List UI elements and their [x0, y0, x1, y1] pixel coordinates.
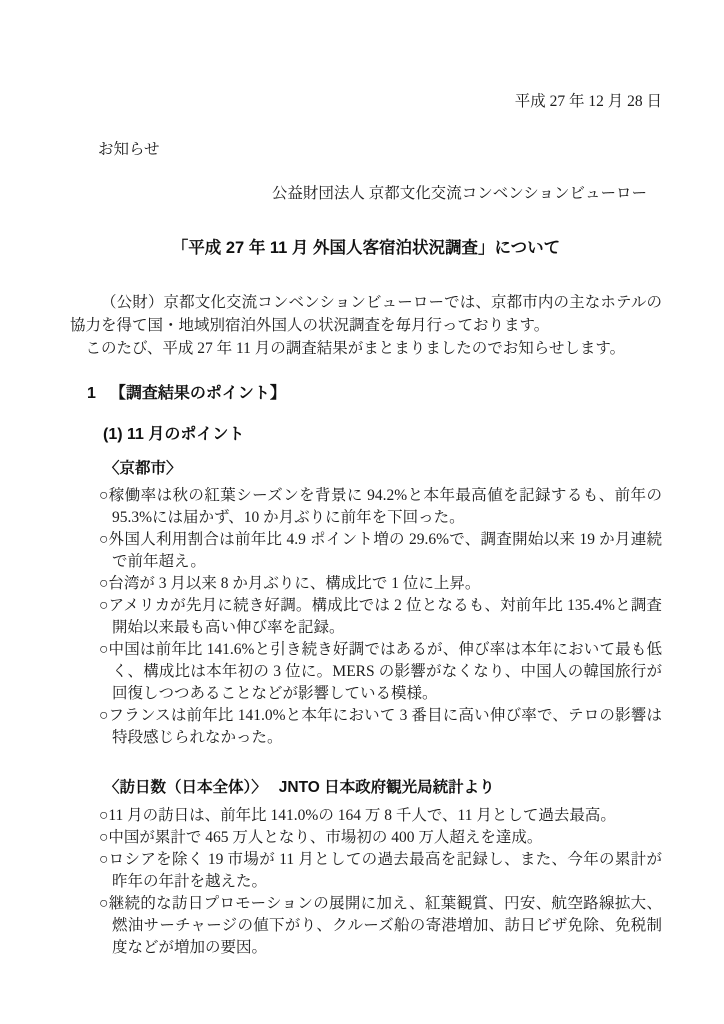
subsection-1-heading: (1) 11 月のポイント	[103, 423, 662, 447]
bullet-item: ○稼働率は秋の紅葉シーズンを背景に 94.2%と本年最高値を記録するも、前年の …	[99, 485, 662, 529]
bullet-item: ○継続的な訪日プロモーションの展開に加え、紅葉観賞、円安、航空路線拡大、燃油サー…	[99, 893, 662, 959]
section-1-heading: 1【調査結果のポイント】	[87, 382, 662, 406]
bullet-item: ○中国が累計で 465 万人となり、市場初の 400 万人超えを達成。	[99, 827, 662, 849]
bullet-item: ○外国人利用割合は前年比 4.9 ポイント増の 29.6%で、調査開始以来 19…	[99, 529, 662, 573]
section-1-title: 【調査結果のポイント】	[110, 385, 286, 402]
bullet-item: ○中国は前年比 141.6%と引き続き好調ではあるが、伸び率は本年において最も低…	[99, 639, 662, 705]
intro-paragraph-1: （公財）京都文化交流コンベンションビューローでは、京都市内の主なホテルの協力を得…	[70, 291, 662, 337]
bullet-item: ○11 月の訪日は、前年比 141.0%の 164 万 8 千人で、11 月とし…	[99, 805, 662, 827]
document-title: 「平成 27 年 11 月 外国人客宿泊状況調査」について	[70, 236, 662, 261]
document-date: 平成 27 年 12 月 28 日	[70, 90, 662, 114]
kyoto-city-bullet-list: ○稼働率は秋の紅葉シーズンを背景に 94.2%と本年最高値を記録するも、前年の …	[99, 485, 662, 749]
bullet-item: ○台湾が 3 月以来 8 か月ぶりに、構成比で 1 位に上昇。	[99, 573, 662, 595]
document-page: 平成 27 年 12 月 28 日 お知らせ 公益財団法人 京都文化交流コンベン…	[0, 0, 724, 1024]
bullet-item: ○フランスは前年比 141.0%と本年において 3 番目に高い伸び率で、テロの影…	[99, 705, 662, 749]
intro-paragraph-2: このたび、平成 27 年 11 月の調査結果がまとまりましたのでお知らせします。	[70, 337, 662, 360]
japan-visitors-bullet-list: ○11 月の訪日は、前年比 141.0%の 164 万 8 千人で、11 月とし…	[99, 805, 662, 959]
notice-label: お知らせ	[98, 138, 662, 162]
intro-section: （公財）京都文化交流コンベンションビューローでは、京都市内の主なホテルの協力を得…	[70, 291, 662, 360]
section-1-number: 1	[87, 382, 96, 406]
japan-visitors-heading: 〈訪日数（日本全体）〉 JNTO 日本政府観光局統計より	[104, 777, 662, 799]
bullet-item: ○アメリカが先月に続き好調。構成比では 2 位となるも、対前年比 135.4%と…	[99, 595, 662, 639]
organization-name: 公益財団法人 京都文化交流コンベンションビューロー	[70, 182, 647, 206]
kyoto-city-heading: 〈京都市〉	[104, 458, 662, 480]
bullet-item: ○ロシアを除く 19 市場が 11 月としての過去最高を記録し、また、今年の累計…	[99, 849, 662, 893]
